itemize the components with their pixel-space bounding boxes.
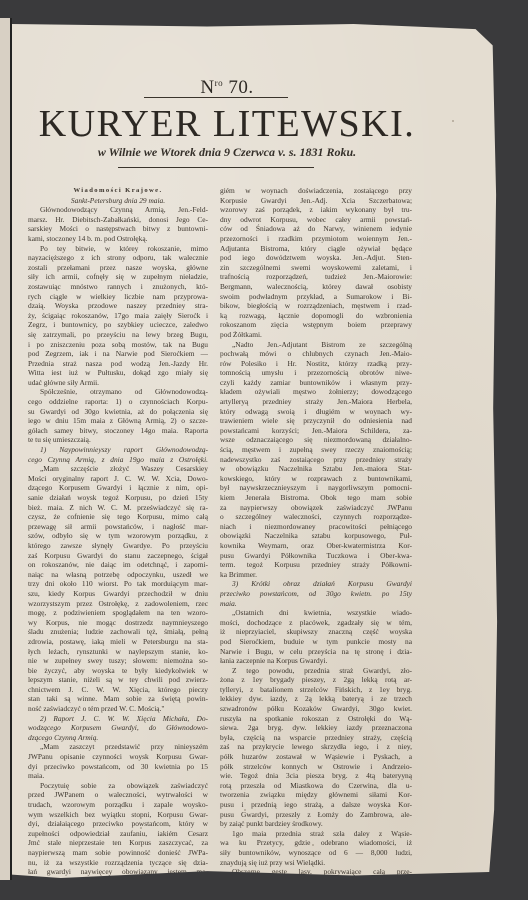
text-line: zaś Korpusu Gwardyi do stanu zaczepnego,… — [28, 551, 208, 561]
text-line: dzaią. Woyska przodowe naszey przedniey … — [28, 301, 208, 311]
text-line: pusu i przednią iego strażą, a dalsze wo… — [220, 800, 412, 810]
text-line: sanie działań woysk tegoż Korpusu, po dz… — [28, 493, 208, 503]
text-line: „Nadto Jen.-Adjutant Bistrom ze szczegól… — [220, 340, 412, 350]
text-line: Spółcześnie, otrzymano od Głównodowodzą- — [28, 387, 208, 397]
text-line: był naywskrzecznieyszym i naygorliwszym … — [220, 483, 412, 493]
text-line: „Mam szczęście złożyć Waszey Cesarskiey — [28, 464, 208, 474]
text-line: su Gwardyi od 30go kwietnia, aż do połąc… — [28, 407, 208, 417]
text-line: trzy dni około 110 wiorst. Po tak mordui… — [28, 579, 208, 589]
text-line: nadewszystko zaś zostaiącego przy przedn… — [220, 455, 412, 465]
text-line: bież. maia. Z nich W. C. M. przeświadczy… — [28, 503, 208, 513]
text-line: kowskiego, który w rozprawach z buntowni… — [220, 474, 412, 484]
text-line: zostawuiąc mnóstwo rannych i znużonych, … — [28, 282, 208, 292]
text-line: rotą przeszła od Miastkowa do Czerwina, … — [220, 781, 412, 791]
issue-number-prefix: N — [200, 77, 214, 98]
text-line: przewagę sił armii powstańców, i nagłość… — [28, 522, 208, 532]
text-line: wa ku Przetycy, gdzie odebrano wiadomośc… — [220, 838, 412, 848]
masthead-rule-bottom — [118, 167, 314, 168]
text-line: udać główne siły Armii. — [28, 378, 208, 388]
text-line: zaś na przykrycie lewego skrzydła iego, … — [220, 742, 412, 752]
text-line: Witta iest iuż w Pułtusku, dokąd zgo mia… — [28, 368, 208, 378]
text-line: maia. — [220, 599, 412, 609]
text-line: tworzenia związku między głównemi siłami… — [220, 790, 412, 800]
text-line: „Mam zaszczyt przedstawić przy ninieyszé… — [28, 742, 208, 752]
text-line: kownika Weymarn, oraz Ober-kwatermistrza… — [220, 541, 412, 551]
text-line: łań gwardyi naywięcey obowiązany iestem … — [28, 867, 208, 877]
paper-speck — [244, 809, 246, 811]
text-line: pod Zegrzem, iak i na Narwie pod Sieroćk… — [28, 349, 208, 359]
issue-number: Nro 70. — [12, 77, 442, 99]
left-text-column: Wiadomości Krajowe.Sankt-Petersburg dnia… — [28, 186, 208, 886]
text-line: Narwie i Bugu, w celu przeyścia na tę st… — [220, 647, 412, 657]
text-line: i po zniszczeniu poza sobą mostów, tak n… — [28, 340, 208, 350]
text-line: lepszym stanie, niżeli są w tey chwili p… — [28, 675, 208, 685]
text-line: Z tego powodu, przednia straż Gwardyi, z… — [220, 666, 412, 676]
text-line: term. tegoż Korpusu przedniey straży Pół… — [220, 560, 412, 570]
text-line: ność zaświadczyć o tém przed W. C. Mości… — [28, 704, 208, 714]
text-line: pusu Gwardyi Półkownika Tuczkowa i Ober-… — [220, 551, 412, 561]
text-line: mości, dochodzące z placówek, zgadzały s… — [220, 618, 412, 628]
text-line: cego Czynną Armią, z dnia 19go maia z Os… — [28, 455, 208, 465]
text-line: tylleryi, z batalionem strzelców Fińskic… — [220, 685, 412, 695]
text-line: ścią, męstwem i zupełną swey rzeczy znai… — [220, 445, 412, 455]
text-line: gółach samey bitwy, stoczoney 14go maia.… — [28, 426, 208, 436]
text-line: pod Sieroćkiem, buduie w tym punkcie mos… — [220, 637, 412, 647]
page-binding-line — [10, 18, 12, 880]
text-line: rokoszanom zięcia wstępnym boiem przepra… — [220, 320, 412, 330]
text-line: ka Brimmer. — [220, 570, 412, 580]
text-line: Korpusie Gwardyi Jen.-Adj. Xcia Szczerba… — [220, 196, 412, 206]
issue-number-sup: ro — [215, 78, 224, 88]
text-line: nie w zupełney swey tuszy; słowem: niemo… — [28, 656, 208, 666]
text-line: łych leżach, rynsztunki w naylepszym sta… — [28, 647, 208, 657]
text-line: obowiązki Naczelnika sztabu korpusowego,… — [220, 531, 412, 541]
masthead-rule-top — [144, 97, 288, 98]
text-line: zostali przełamani przez nasze woyska, g… — [28, 263, 208, 273]
text-line: 1) Naypowinnieyszy raport Głównodowodzą- — [28, 445, 208, 455]
text-line: przed JWPanem o waleczności, wytrwałości… — [28, 790, 208, 800]
text-line: kiem Jenerała Bistroma. Obok tego mam so… — [220, 493, 412, 503]
text-line: JWPanu opisanie czynności woysk Korpusu … — [28, 752, 208, 762]
text-line: znaydują się iuż przy wsi Wielądki. — [220, 858, 412, 868]
text-line: Głównodowodzący Czynną Armią, Jen.-Feld- — [28, 205, 208, 215]
text-line: Przednia straż nasza pod wodzą Jen.-Jazd… — [28, 359, 208, 369]
text-line: rych ciągle w wielkiey liczbie nam przyp… — [28, 292, 208, 302]
text-line: cego oddzielne raporta: 1) o czynnościac… — [28, 397, 208, 407]
text-line: Sankt-Petersburg dnia 29 maia. — [28, 196, 208, 206]
text-line: iego w dniu 15m maia z Główną Armią, 2) … — [28, 416, 208, 426]
text-line: swoim podwładnym przykład, a Sumarokow i… — [220, 292, 412, 302]
text-line: lekkiey dyw. iazdy, z 2ą lekką bateryą i… — [220, 694, 412, 704]
text-line: którego zawsze słynęły Gwardye. Po przey… — [28, 541, 208, 551]
text-line: ży, ścigaiąc rokoszanów, 17go maia zaięł… — [28, 311, 208, 321]
text-line: tomnością umysłu i przezornością obrotów… — [220, 368, 412, 378]
text-line: pod iego dowództwem woyska. Jen.-Adjut. … — [220, 253, 412, 263]
text-line: siły buntowników, wynoszące od 6 — 8,000… — [220, 848, 412, 858]
text-line: kładem ożywiali męstwo żołnierzy; dowodz… — [220, 387, 412, 397]
text-line: zupełności odpowiedział zaufaniu, iakiém… — [28, 829, 208, 839]
text-line: który odwagą swoią i długiém w woynach w… — [220, 407, 412, 417]
paper-speck — [312, 844, 314, 846]
text-line: szwadronów półku Kozaków Gwardyi, 30go k… — [220, 704, 412, 714]
text-line: bikow, biegłością w rozrządzeniach, męst… — [220, 301, 412, 311]
text-line: dny odwrot Korpusu, wobec całey armii po… — [220, 215, 412, 225]
text-line: żona z 1ey brygady pieszey, z 2gą lekką … — [220, 675, 412, 685]
text-line: zdrowia, postawę, iaką mieli w Petersbur… — [28, 637, 208, 647]
text-line: kami, stoczoney 14 b. m. pod Ostrołęką. — [28, 234, 208, 244]
text-line: siewa. 2ga bryg. dyw. lekkiey iazdy prze… — [220, 723, 412, 733]
text-line: naypierwszą mam sobie powinność donieść … — [28, 848, 208, 858]
text-line: siły ich armii, cofnęły się w zupełnym n… — [28, 272, 208, 282]
text-line: mogę, z podziwieniem spoglądałem na ten … — [28, 608, 208, 618]
text-line: 3) Krótki obraz działań Korpusu Gwardyi — [220, 579, 412, 589]
text-line: przeciwko powstańcom, od 30go kwietn. po… — [220, 589, 412, 599]
text-line: Poczytuię sobie za obowiązek zaświadczyć — [28, 781, 208, 791]
text-line: była, częścią na wsparcie przedniey stra… — [220, 733, 412, 743]
text-line: niach i niezmordowaney pracowitości pełn… — [220, 522, 412, 532]
text-line: trafnością rozporządzeń, tudzież Jen.-Ma… — [220, 272, 412, 282]
issue-number-value: 70. — [223, 77, 254, 98]
text-line: nayzacięższego z ich strony odporu, tak … — [28, 253, 208, 263]
text-line: 2) Raport J. C. W. W. Xięcia Michała, Do… — [28, 714, 208, 724]
text-line: naiąc na własną potrzebę odpoczynku, usz… — [28, 570, 208, 580]
newspaper-title: KURYER LITEWSKI. — [12, 104, 442, 144]
text-line: półk huzarów zostawał w Wąsiewie i Pyska… — [220, 752, 412, 762]
text-line: pusu Gwardyi, przeszły z Łomży do Zambro… — [220, 810, 412, 820]
text-line: by zaiąć punkt bardziey środkowy. — [220, 819, 412, 829]
text-line: bie życzyć, aby woyska te były kiedykolw… — [28, 666, 208, 676]
text-line: czysz, że cofnienie się tego Korpusu, mi… — [28, 512, 208, 522]
text-line: on rokoszanów, nie daiąc im odetchnąć, i… — [28, 560, 208, 570]
text-line: wzorowy zaś porządek, z iakim wykonany b… — [220, 205, 412, 215]
text-line: Adjutanta Bistroma, który ciągle ożywiał… — [220, 244, 412, 254]
text-line: trawieniem wiele się przyczynił do odnie… — [220, 416, 412, 426]
text-line: Wiadomości Krajowe. — [28, 186, 208, 196]
text-line: strzeń między Bugiem a Narwą, nie dozwal… — [220, 877, 412, 887]
text-line: półk strzelców konnych w Ostrowie i Andr… — [220, 762, 412, 772]
text-line: przezorności i rzadkim przymiotom woienn… — [220, 234, 412, 244]
text-line: szów, odbyło się w tym wzorowym porządku… — [28, 531, 208, 541]
underlying-page-edge — [0, 18, 10, 880]
text-line: 1go maia przednia straż szła daley z Wąs… — [220, 829, 412, 839]
text-line: „Ostatnich dni kwietnia, wszystkie wiado… — [220, 608, 412, 618]
text-line: Jmć stale nieprzestaie ten Korpus zaszcz… — [28, 838, 208, 848]
text-line: wsze odznaczaiącego się niezmordowaną dz… — [220, 435, 412, 445]
text-line: chnictwem J. C. W. W. Xięcia, którego pi… — [28, 685, 208, 695]
text-line: Bergmann, walecznością, którey dawał oso… — [220, 282, 412, 292]
text-line: trudach, wzorowym porządku i zapale woys… — [28, 800, 208, 810]
text-line: zin szczególnemi swemi woyskowemi zaleta… — [220, 263, 412, 273]
paper-speck — [452, 120, 454, 122]
text-line: giém w woynach doświadczenia, zostaiąceg… — [220, 186, 412, 196]
text-line: ców od Śniadowa aż do Narwy, winienem ie… — [220, 224, 412, 234]
text-line: iż nieprzyiaciel, skupiwszy znaczną częś… — [220, 627, 412, 637]
text-line: szu, kiedy Korpus Gwardyi przechodził w … — [28, 589, 208, 599]
text-line: drym radom, opartym na rzetelney korzyśc… — [28, 877, 208, 887]
text-line: czyli każdy zamiar buntowników i własnym… — [220, 378, 412, 388]
text-line: łania zaczepnie na Korpus Gwardyi. — [220, 656, 412, 666]
text-line: Zegrz, i buntownicy, po szybkiey ucieczc… — [28, 320, 208, 330]
text-line: dzącego Korpusem Gwardyi i łącznie z nim… — [28, 483, 208, 493]
text-line: marsz. Hr. Diebitsch-Zabałkański, donosi… — [28, 215, 208, 225]
text-line: Po tey bitwie, w którey rokoszanie, mimo — [28, 244, 208, 254]
text-line: w obowiązku Naczelnika Sztabu Jen.-maior… — [220, 464, 412, 474]
text-line: nu, iż za wszystkie rozrządzenia tyczące… — [28, 858, 208, 868]
text-line: dzącego Czynną Armią. — [28, 733, 208, 743]
text-line: o szczególney waleczności, czynnych rozp… — [220, 512, 412, 522]
text-line: za naypierwszy obowiązek zaświadczyć JWP… — [220, 503, 412, 513]
text-line: wodzącego Korpusem Gwardyi, do Głównodow… — [28, 723, 208, 733]
text-line: te tu się umieszczaią. — [28, 435, 208, 445]
right-text-column: giém w woynach doświadczenia, zostaiąceg… — [220, 186, 412, 886]
newspaper-page: Nro 70. KURYER LITEWSKI. w Wilnie we Wto… — [12, 24, 500, 878]
text-line: maia. — [28, 771, 208, 781]
text-line: rów Polesiko i Hr. Nostitz, którzy rzadk… — [220, 359, 412, 369]
text-line: ką rozwagą, łącznie dopomogli do wzbroni… — [220, 311, 412, 321]
text-line: ruszyła na spotkanie rokoszan z Ostrołęk… — [220, 714, 412, 724]
text-line: się zatrzymali, po przeyściu na lewy brz… — [28, 330, 208, 340]
text-line: powstańcami korzyści; Jen.-Maiora Schild… — [220, 426, 412, 436]
text-line: dyi, działaiącego przeciwko powstańcom, … — [28, 819, 208, 829]
text-line: wym wszelkich bez wyiątku stopni, Korpus… — [28, 810, 208, 820]
text-line: wy Korpus, nie mogąc dostrzedz naymnieys… — [28, 618, 208, 628]
text-line: sarskiey Mości o następstwach bitwy z bu… — [28, 224, 208, 234]
text-line: stan taki są winne. Mam sobie za świętą … — [28, 694, 208, 704]
text-line: pochwałą mówi o chlubnych czynach Jen.-M… — [220, 349, 412, 359]
text-line: Obszerne gęste lasy, pokrywaiące całą pr… — [220, 867, 412, 877]
text-line: wie. Tegoż dnia 3cia piesza bryg. z 4tą … — [220, 771, 412, 781]
paper-speck — [140, 827, 142, 829]
text-line: artylleryą przedniey straży Jen.-Maiora … — [220, 397, 412, 407]
dateline: w Wilnie we Wtorek dnia 9 Czerwca v. s. … — [12, 145, 442, 160]
text-line: wzorzystszym przez Ostrołękę, z zadowole… — [28, 599, 208, 609]
text-line: pod Żółtkami. — [220, 330, 412, 340]
text-line: śladu znużenia; ludzie zachowali tęż, śm… — [28, 627, 208, 637]
text-line: Mości oryginalny raport J. C. W. W. Xcia… — [28, 474, 208, 484]
text-line: dyi przeciwko powstańcom, od 30 kwietnia… — [28, 762, 208, 772]
